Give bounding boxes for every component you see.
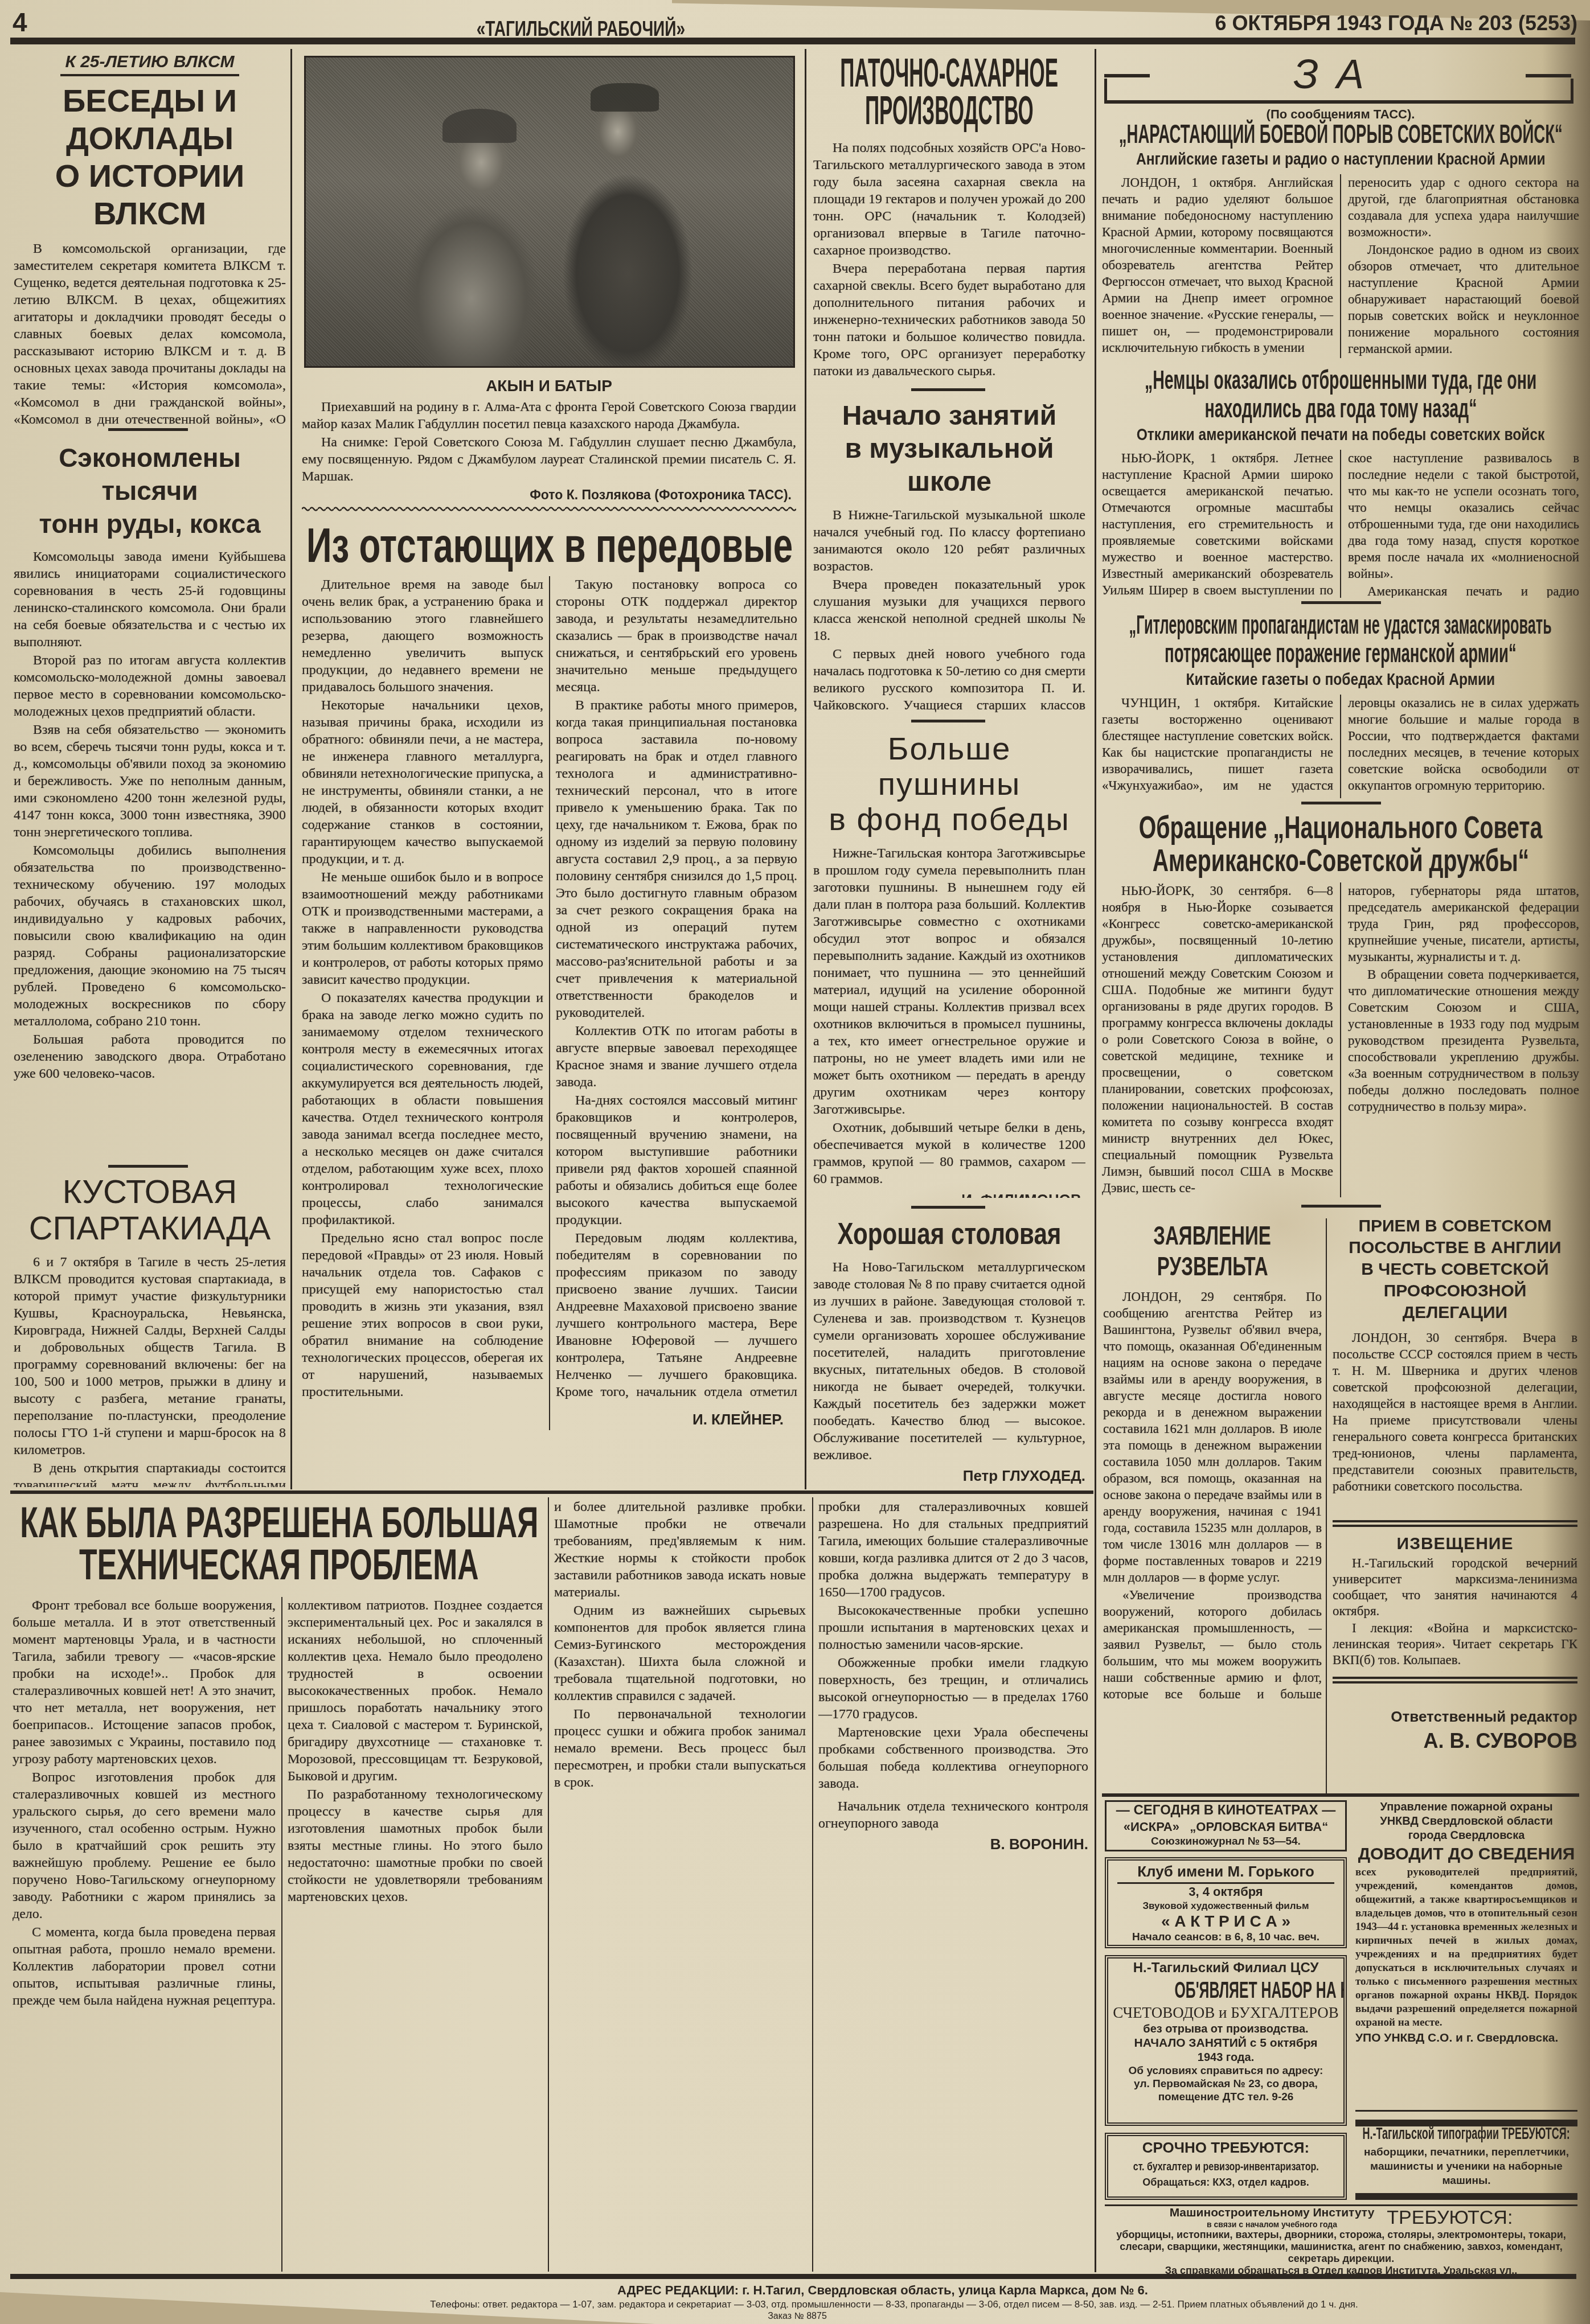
- headline-line-text: Обращение „Национального Совета: [1139, 811, 1543, 844]
- ad-positions: ст. бухгалтер и ревизор-инвентаризатор.: [1108, 2159, 1343, 2175]
- separator: [911, 1206, 985, 1209]
- paragraph: Передовым людям коллектива, победителям …: [556, 1230, 797, 1402]
- headline-line-text: ПРОИЗВОДСТВО: [865, 92, 1034, 129]
- headline: „НАРАСТАЮЩИЙ БОЕВОЙ ПОРЫВ СОВЕТСКИХ ВОЙС…: [1102, 120, 1579, 148]
- banner-rule-right: [1526, 74, 1571, 77]
- paragraph: С первых дней нового учебного года начал…: [813, 646, 1085, 716]
- headline-line: находились два года тому назад“: [1102, 394, 1579, 422]
- kicker-text: К 25-ЛЕТИЮ ВЛКСМ: [60, 52, 239, 76]
- headline: КУСТОВАЯ СПАРТАКИАДА: [14, 1174, 286, 1247]
- photo-figure-gabdullin: [591, 83, 659, 112]
- paragraph: Н.-Тагильский городской вечерний универс…: [1333, 1555, 1577, 1619]
- column-rule: [548, 1497, 549, 2272]
- headline-text: Хорошая столовая: [838, 1216, 1062, 1252]
- ad-contact: За справками обращаться в Отдел кадров И…: [1105, 2265, 1577, 2274]
- news-col: ЛОНДОН, 1 октября. Английская печать и р…: [1102, 174, 1341, 358]
- ad-heading: СРОЧНО ТРЕБУЮТСЯ:: [1108, 2136, 1343, 2159]
- double-rule: [1333, 1520, 1577, 1527]
- paragraph: По первоначальной технологии процесс суш…: [554, 1706, 806, 1791]
- paragraph: Фронт требовал все больше вооружения, бо…: [13, 1597, 276, 1768]
- headline-line: ПРОИЗВОДСТВО: [813, 92, 1085, 129]
- abroad-item-4: Обращение „Национального Совета Американ…: [1102, 811, 1579, 1202]
- paragraph: Одним из важнейших сырьевых компонентов …: [554, 1602, 806, 1705]
- paragraph: Мартеновские цехи Урала обеспечены пробк…: [818, 1724, 1088, 1792]
- headline-text: Из отстающих в передовые: [306, 517, 793, 574]
- paragraph: Охотник, добывший четыре белки в день, о…: [813, 1119, 1085, 1188]
- paragraph: «Увеличение производства вооружений, кот…: [1103, 1587, 1322, 1699]
- column-rule: [1326, 1218, 1327, 1793]
- theater-name: «ИСКРА»: [1124, 1820, 1179, 1834]
- ad-start: НАЧАЛО ЗАНЯТИЙ с 5 октября: [1108, 2036, 1343, 2051]
- ad-mode: без отрыва от производства.: [1108, 2022, 1343, 2036]
- kicker: К 25-ЛЕТИЮ ВЛКСМ: [14, 52, 286, 76]
- subhead: Китайские газеты о победах Красной Армии: [1102, 667, 1579, 692]
- ad-org: Управление пожарной охраны УНКВД Свердло…: [1355, 1800, 1577, 1843]
- section-rule: [10, 1491, 1093, 1494]
- headline-tech-problem: КАК БЫЛА РАЗРЕШЕНА БОЛЬШАЯ ТЕХНИЧЕСКАЯ П…: [11, 1502, 547, 1593]
- ad-csu-courses: Н.-Тагильский Филиал ЦСУ ОБ'ЯВЛЯЕТ НАБОР…: [1105, 1955, 1347, 2126]
- paragraph: пробки для сталеразливочных ковшей разре…: [818, 1498, 1088, 1601]
- ad-film-title: « А К Т Р И С А »: [1108, 1912, 1343, 1931]
- headline-line: ПРОФСОЮЗНОЙ ДЕЛЕГАЦИИ: [1333, 1280, 1577, 1324]
- ad-contact: Обращаться: КХЗ, отдел кадров.: [1108, 2175, 1343, 2190]
- ad-heading-text: ОБ'ЯВЛЯЕТ НАБОР НА КУРСЫ: [1175, 1978, 1347, 2003]
- article-body: В Нижне-Тагильской музыкальной школе нач…: [813, 507, 1085, 716]
- paragraph: На полях подсобных хозяйств ОРС'а Ново-Т…: [813, 139, 1085, 259]
- separator: [911, 720, 985, 722]
- paragraph: В комсомольской организации, где замести…: [14, 240, 286, 428]
- paragraph: НЬЮ-ЙОРК, 30 сентября. 6—8 ноября в Нью-…: [1102, 882, 1333, 1196]
- article-body: На полях подсобных хозяйств ОРС'а Ново-Т…: [813, 139, 1085, 380]
- paragraph: Комсомольцы добились выполнения обязател…: [14, 842, 286, 1030]
- headline-line: „НАРАСТАЮЩИЙ БОЕВОЙ ПОРЫВ СОВЕТСКИХ ВОЙС…: [1118, 120, 1562, 148]
- notice-body: Н.-Тагильский городской вечерний универс…: [1333, 1555, 1577, 1672]
- article-roosevelt: ЗАЯВЛЕНИЕ РУЗВЕЛЬТА ЛОНДОН, 29 сентября.…: [1103, 1216, 1322, 1699]
- paragraph: О показателях качества продукции и брака…: [302, 989, 543, 1229]
- paragraph: Длительное время на заводе был очень вел…: [302, 576, 543, 696]
- ad-dates: 3, 4 октября: [1108, 1884, 1343, 1900]
- headline-line-text: РУЗВЕЛЬТА: [1157, 1251, 1268, 1282]
- paragraph: На Ново-Тагильском металлургическом заво…: [813, 1259, 1085, 1464]
- headline-line: ПАТОЧНО-САХАРНОЕ: [813, 54, 1085, 92]
- ad-room: помещение ДТС тел. 9-26: [1108, 2091, 1343, 2104]
- paragraph: Обожженные пробки имели гладкую поверхно…: [818, 1654, 1088, 1723]
- notice-title: ИЗВЕЩЕНИЕ: [1333, 1533, 1577, 1555]
- footer-address: АДРЕС РЕДАКЦИИ: г. Н.Тагил, Свердловская…: [456, 2283, 1310, 2298]
- newsreel: Союзкиножурнал № 53—54.: [1107, 1835, 1345, 1849]
- paragraph: На-днях состоялся массовый митинг браков…: [556, 1092, 797, 1229]
- news-col: НЬЮ-ЙОРК, 1 октября. Летнее наступление …: [1102, 450, 1341, 598]
- ad-address-intro: Об условиях справиться по адресу:: [1108, 2064, 1343, 2077]
- headline-line: в музыкальной школе: [813, 433, 1085, 499]
- ad-film-type: Звуковой художественный фильм: [1108, 1900, 1343, 1912]
- paragraph: Американская печать и радио отмечают осо…: [1348, 583, 1579, 598]
- banner-rule-left: [1104, 74, 1150, 77]
- headline-line-text: ПАТОЧНО-САХАРНОЕ: [841, 54, 1059, 92]
- double-rule: [1333, 1677, 1577, 1684]
- headline: Начало занятий в музыкальной школе: [813, 400, 1085, 499]
- headline-line: ПОСОЛЬСТВЕ В АНГЛИИ: [1333, 1237, 1577, 1259]
- article-body: ЛОНДОН, 30 сентября. Вчера в посольстве …: [1333, 1329, 1577, 1494]
- ad-header-row: Машиностроительному Институту в связи с …: [1105, 2206, 1577, 2229]
- headline-line: „Немцы оказались отброшенными туда, где …: [1102, 366, 1579, 394]
- footer-order: Заказ № 8875: [655, 2311, 940, 2322]
- ad-cinema: — СЕГОДНЯ В КИНОТЕАТРАХ — «ИСКРА» „ОРЛОВ…: [1105, 1800, 1347, 1851]
- column-rule: [1095, 49, 1096, 2272]
- headline-line: ПРИЕМ В СОВЕТСКОМ: [1333, 1216, 1577, 1237]
- ad-positions-text: ст. бухгалтер и ревизор-инвентаризатор.: [1133, 2159, 1319, 2175]
- editor-label: Ответственный редактор: [1333, 1705, 1577, 1728]
- paragraph: леровцы оказались не в силах удержать мн…: [1348, 695, 1579, 794]
- paragraph: Комсомольцы завода имени Куйбышева явили…: [14, 548, 286, 651]
- paragraph: коллективом патриотов. Позднее создается…: [288, 1597, 543, 1785]
- subhead-text: Английские газеты и радио о наступлении …: [1136, 148, 1546, 171]
- headline-line: В ЧЕСТЬ СОВЕТСКОЙ: [1333, 1259, 1577, 1280]
- news-col: наторов, губернаторы ряда штатов, предсе…: [1341, 882, 1579, 1197]
- photo-credit: Фото К. Позлякова (Фотохроника ТАСС).: [473, 487, 792, 503]
- paragraph: Вопрос изготовления пробок для сталеразл…: [13, 1769, 276, 1923]
- tech-col-3: и более длительной разливке пробки. Шамо…: [554, 1498, 806, 2272]
- headline: Обращение „Национального Совета Американ…: [1102, 811, 1579, 877]
- section-banner-abroad: ЗА РУБЕЖОМ: [1102, 51, 1579, 105]
- editor-credit: Ответственный редактор А. В. СУВОРОВ: [1333, 1705, 1577, 1785]
- paragraph: 6 и 7 октября в Тагиле в честь 25-летия …: [14, 1254, 286, 1459]
- ad-heading: — СЕГОДНЯ В КИНОТЕАТРАХ —: [1107, 1802, 1345, 1819]
- byline: В. ВОРОНИН.: [818, 1836, 1088, 1853]
- photo-caption: АКЫН И БАТЫР Приехавший на родину в г. А…: [302, 376, 796, 487]
- subhead-text: Китайские газеты о победах Красной Армии: [1186, 667, 1495, 692]
- separator: [108, 428, 188, 431]
- article-body: ЛОНДОН, 29 сентября. По сообщению агентс…: [1103, 1288, 1322, 1699]
- ad-machine-institute: Машиностроительному Институту в связи с …: [1105, 2204, 1577, 2274]
- ad-line: «ИСКРА» „ОРЛОВСКАЯ БИТВА“: [1107, 1819, 1345, 1835]
- paragraph: Не меньше ошибок было и в вопросе взаимо…: [302, 869, 543, 988]
- headline-line: ЗАЯВЛЕНИЕ: [1103, 1220, 1322, 1251]
- headline-line: БЕСЕДЫ И ДОКЛАДЫ: [14, 82, 286, 157]
- ad-courses: СЧЕТОВОДОВ и БУХГАЛТЕРОВ: [1108, 2003, 1343, 2022]
- column-rule: [290, 49, 292, 1489]
- news-col: леровцы оказались не в силах удержать мн…: [1341, 695, 1579, 798]
- headline-line: потрясающее поражение германской армии“: [1102, 639, 1579, 667]
- paragraph: ЧУНЦИН, 1 октября. Китайские газеты вост…: [1102, 695, 1333, 798]
- headline-line: тонн руды, кокса: [14, 507, 286, 540]
- headline: „Немцы оказались отброшенными туда, где …: [1102, 366, 1579, 422]
- ad-org-line: города Свердловска: [1355, 1829, 1577, 1843]
- subhead: Английские газеты и радио о наступлении …: [1102, 148, 1579, 171]
- headline: ЗАЯВЛЕНИЕ РУЗВЕЛЬТА: [1103, 1220, 1322, 1282]
- ad-signature: УПО УНКВД С.О. и г. Свердловска.: [1355, 2030, 1577, 2047]
- abroad-item-3: „Гитлеровским пропагандистам не удастся …: [1102, 610, 1579, 798]
- news-col: НЬЮ-ЙОРК, 30 сентября. 6—8 ноября в Нью-…: [1102, 882, 1341, 1197]
- paragraph: По разработанному технологическому проце…: [288, 1786, 543, 1906]
- headline-line: в фонд победы: [813, 802, 1085, 837]
- headline-line: РУЗВЕЛЬТА: [1103, 1251, 1322, 1282]
- paragraph: и более длительной разливке пробки. Шамо…: [554, 1498, 806, 1601]
- headline-line-text: „Гитлеровским пропагандистам не удастся …: [1129, 610, 1552, 639]
- ad-text: всех руководителей предприятий, учрежден…: [1355, 1866, 1577, 2030]
- headline-line: Начало занятий: [813, 400, 1085, 433]
- article-body: В комсомольской организации, где замести…: [14, 240, 286, 428]
- article-body: Комсомольцы завода имени Куйбышева явили…: [14, 548, 286, 1082]
- paragraph: Предельно ясно стал вопрос после передов…: [302, 1230, 543, 1401]
- article-molasses: ПАТОЧНО-САХАРНОЕ ПРОИЗВОДСТВО На полях п…: [813, 54, 1085, 381]
- paragraph: наторов, губернаторы ряда штатов, предсе…: [1348, 882, 1579, 965]
- ad-sessions: Начало сеансов: в 6, 8, 10 час. веч.: [1108, 1931, 1343, 1944]
- ad-heading: ДОВОДИТ ДО СВЕДЕНИЯ: [1355, 1843, 1577, 1866]
- ad-start-year: 1943 года.: [1108, 2051, 1343, 2064]
- column-rule: [281, 1597, 282, 2272]
- headline-line-text: находились два года тому назад“: [1204, 394, 1477, 422]
- paragraph: Вчера переработана первая партия сахарно…: [813, 260, 1085, 380]
- paragraph: НЬЮ-ЙОРК, 1 октября. Летнее наступление …: [1102, 450, 1333, 598]
- column-rule: [549, 576, 550, 1430]
- article-body: Нижне-Тагильская контора Заготживсырье в…: [813, 845, 1085, 1188]
- column-rule: [812, 1497, 813, 2272]
- column-body: пробки для сталеразливочных ковшей разре…: [818, 1498, 1088, 1792]
- ad-address: ул. Первомайская № 23, со двора,: [1108, 2077, 1343, 2091]
- notice-university: ИЗВЕЩЕНИЕ Н.-Тагильский городской вечерн…: [1333, 1533, 1577, 1672]
- footer-rule: [10, 2274, 1576, 2279]
- headline-line: КАК БЫЛА РАЗРЕШЕНА БОЛЬШАЯ: [11, 1502, 547, 1544]
- ad-heading: ТРЕБУЮТСЯ:: [1387, 2206, 1513, 2229]
- paragraph: С момента, когда была проведена первая о…: [13, 1924, 276, 2009]
- paragraph: Второй раз по итогам августа коллектив к…: [14, 652, 286, 720]
- headline: Сэкономлены тысячи тонн руды, кокса: [14, 441, 286, 540]
- separator: [1301, 802, 1381, 804]
- headline: ПРИЕМ В СОВЕТСКОМ ПОСОЛЬСТВЕ В АНГЛИИ В …: [1333, 1216, 1577, 1324]
- paragraph: Взяв на себя обязательство — экономить в…: [14, 721, 286, 841]
- laggards-col-2: Такую постановку вопроса со стороны ОТК …: [556, 576, 797, 1402]
- separator: [1301, 601, 1381, 604]
- caption-title: АКЫН И БАТЫР: [302, 376, 796, 396]
- ad-heading: ОБ'ЯВЛЯЕТ НАБОР НА КУРСЫ: [1108, 1978, 1343, 2003]
- paragraph: В Нижне-Тагильской музыкальной школе нач…: [813, 507, 1085, 575]
- ad-fire-department: Управление пожарной охраны УНКВД Свердло…: [1355, 1800, 1577, 2108]
- article-savings: Сэкономлены тысячи тонн руды, кокса Комс…: [14, 441, 286, 1161]
- headline-laggards: Из отстающих в передовые: [301, 517, 799, 574]
- ad-org-wrap: Машиностроительному Институту в связи с …: [1170, 2206, 1375, 2229]
- headline: ПАТОЧНО-САХАРНОЕ ПРОИЗВОДСТВО: [813, 54, 1085, 129]
- abroad-item-1: „НАРАСТАЮЩИЙ БОЕВОЙ ПОРЫВ СОВЕТСКИХ ВОЙС…: [1102, 120, 1579, 364]
- paragraph: Такую постановку вопроса со стороны ОТК …: [556, 576, 797, 696]
- article-body: На Ново-Тагильском металлургическом заво…: [813, 1259, 1085, 1464]
- byline: И. ФИЛИМОНОВ.: [813, 1191, 1085, 1198]
- two-column-body: ЧУНЦИН, 1 октября. Китайские газеты вост…: [1102, 695, 1579, 798]
- paragraph: Вчера проведен показательный урок слушан…: [813, 576, 1085, 644]
- paragraph: Большая работа проводится по озеленению …: [14, 1031, 286, 1082]
- ad-positions: наборщики, печатники, переплетчики, маши…: [1355, 2145, 1577, 2188]
- headline-line-text: ЗАЯВЛЕНИЕ: [1154, 1220, 1272, 1251]
- paragraph: Коллектив ОТК по итогам работы в августе…: [556, 1023, 797, 1091]
- headline-line: „Гитлеровским пропагандистам не удастся …: [1102, 610, 1579, 639]
- headline: „Гитлеровским пропагандистам не удастся …: [1102, 610, 1579, 667]
- paragraph: Высококачественные пробки успешно прошли…: [818, 1602, 1088, 1653]
- paragraph: В обращении совета подчеркивается, что д…: [1348, 966, 1579, 1115]
- headline-line-text: ТЕХНИЧЕСКАЯ ПРОБЛЕМА: [79, 1544, 479, 1586]
- paragraph: ское наступление развивалось в последние…: [1348, 450, 1579, 582]
- ad-org-line: Управление пожарной охраны: [1355, 1800, 1577, 1814]
- paragraph: Нижне-Тагильская контора Заготживсырье в…: [813, 845, 1085, 1118]
- headline-line: КУСТОВАЯ: [14, 1174, 286, 1210]
- column-rule: [805, 49, 806, 1489]
- headline-line: Обращение „Национального Совета: [1102, 811, 1579, 844]
- two-column-body: ЛОНДОН, 1 октября. Английская печать и р…: [1102, 174, 1579, 358]
- paragraph: ЛОНДОН, 1 октября. Английская печать и р…: [1102, 174, 1333, 356]
- ad-positions: уборщицы, истопники, вахтеры, дворники, …: [1105, 2229, 1577, 2265]
- two-column-body: НЬЮ-ЙОРК, 30 сентября. 6—8 ноября в Нью-…: [1102, 882, 1579, 1197]
- ad-org: Машиностроительному Институту: [1170, 2206, 1375, 2220]
- byline: Петр ГЛУХОДЕД.: [813, 1467, 1085, 1485]
- article-reception: ПРИЕМ В СОВЕТСКОМ ПОСОЛЬСТВЕ В АНГЛИИ В …: [1333, 1216, 1577, 1516]
- masthead-rule: [10, 38, 1575, 44]
- separator: [1102, 1793, 1579, 1797]
- film-title: „ОРЛОВСКАЯ БИТВА“: [1190, 1820, 1328, 1834]
- headline-line: Американско-Советской дружбы“: [1102, 844, 1579, 877]
- headline-line: О ИСТОРИИ ВЛКСМ: [14, 157, 286, 232]
- abroad-item-2: „Немцы оказались отброшенными туда, где …: [1102, 366, 1579, 598]
- ad-org-line: УНКВД Свердловской области: [1355, 1814, 1577, 1829]
- ad-printing-house: Н.-Тагильской типографии ТРЕБУЮТСЯ: набо…: [1355, 2122, 1577, 2191]
- headline-line-text: потрясающее поражение германской армии“: [1165, 639, 1517, 667]
- ad-org: Н.-Тагильский Филиал ЦСУ: [1108, 1958, 1343, 1978]
- subhead: Отклики американской печати на победы со…: [1102, 422, 1579, 447]
- paragraph: Некоторые начальники цехов, называя прич…: [302, 697, 543, 868]
- separator: [1355, 2193, 1577, 2200]
- tech-col-1: Фронт требовал все больше вооружения, бо…: [13, 1597, 276, 2272]
- paragraph: Начало занятий ровно в 8 ч. вечера. Вход…: [1333, 1669, 1577, 1672]
- ad-heading: Н.-Тагильской типографии ТРЕБУЮТСЯ:: [1355, 2122, 1577, 2145]
- separator: [1301, 1205, 1381, 1208]
- byline: И. КЛЕЙНЕР.: [556, 1411, 784, 1428]
- tech-col-2: коллективом патриотов. Позднее создается…: [288, 1597, 543, 2272]
- page-number: 4: [13, 7, 27, 38]
- headline-line: Больше пушнины: [813, 731, 1085, 802]
- paragraph: В день открытия спартакиады состоится то…: [14, 1460, 286, 1487]
- article-fur: Больше пушнины в фонд победы Нижне-Тагил…: [813, 731, 1085, 1198]
- headline: БЕСЕДЫ И ДОКЛАДЫ О ИСТОРИИ ВЛКСМ: [14, 82, 286, 232]
- editor-name: А. В. СУВОРОВ: [1333, 1728, 1577, 1754]
- subhead-text: Отклики американской печати на победы со…: [1137, 422, 1545, 447]
- paragraph: ЛОНДОН, 29 сентября. По сообщению агентс…: [1103, 1288, 1322, 1586]
- two-column-body: НЬЮ-ЙОРК, 1 октября. Летнее наступление …: [1102, 450, 1579, 598]
- caption-paragraph: На снимке: Герой Советского Союза М. Габ…: [302, 434, 796, 485]
- news-col: переносить удар с одного сектора на друг…: [1341, 174, 1579, 358]
- news-col: ЧУНЦИН, 1 октября. Китайские газеты вост…: [1102, 695, 1341, 798]
- headline: Больше пушнины в фонд победы: [813, 731, 1085, 837]
- headline-line-text: КАК БЫЛА РАЗРЕШЕНА БОЛЬШАЯ: [20, 1502, 538, 1544]
- ad-heading-text: Н.-Тагильской типографии ТРЕБУЮТСЯ:: [1363, 2122, 1570, 2145]
- article-spartakiad: КУСТОВАЯ СПАРТАКИАДА 6 и 7 октября в Таг…: [14, 1174, 286, 1487]
- ad-note: в связи с началом учебного года: [1170, 2220, 1375, 2229]
- ad-heading: Клуб имени М. Горького: [1117, 1861, 1334, 1884]
- article-vlksm-talks: К 25-ЛЕТИЮ ВЛКСМ БЕСЕДЫ И ДОКЛАДЫ О ИСТО…: [14, 52, 286, 428]
- byline-title: Начальник отдела технического контроля о…: [818, 1798, 1088, 1832]
- caption-paragraph: Приехавший на родину в г. Алма-Ата с фро…: [302, 399, 796, 433]
- paragraph: ЛОНДОН, 30 сентября. Вчера в посольстве …: [1333, 1329, 1577, 1494]
- wavy-divider: [302, 506, 796, 512]
- ad-urgent-wanted: СРОЧНО ТРЕБУЮТСЯ: ст. бухгалтер и ревизо…: [1105, 2133, 1347, 2200]
- banner-frame: [1104, 79, 1573, 104]
- headline-line-text: Американско-Советской дружбы“: [1152, 844, 1528, 877]
- paragraph: I лекция: «Война и марксистско-ленинская…: [1333, 1620, 1577, 1668]
- issue-date: 6 ОКТЯБРЯ 1943 ГОДА № 203 (5253): [1213, 11, 1577, 35]
- headline-line: Сэкономлены тысячи: [14, 441, 286, 507]
- headline-line: СПАРТАКИАДА: [14, 1210, 286, 1247]
- footer-phones: Телефоны: ответ. редактора — 1-07, зам. …: [216, 2299, 1572, 2310]
- article-canteen: Хорошая столовая На Ново-Тагильском мета…: [813, 1216, 1085, 1488]
- headline: Хорошая столовая: [813, 1216, 1085, 1252]
- article-body: 6 и 7 октября в Тагиле в честь 25-летия …: [14, 1254, 286, 1487]
- headline-line: ТЕХНИЧЕСКАЯ ПРОБЛЕМА: [11, 1544, 547, 1586]
- ad-club-gorky: Клуб имени М. Горького 3, 4 октября Звук…: [1105, 1857, 1347, 1948]
- news-col: ское наступление развивалось в последние…: [1341, 450, 1579, 598]
- separator: [108, 1165, 188, 1168]
- article-music-school: Начало занятий в музыкальной школе В Ниж…: [813, 400, 1085, 716]
- caption-body: Приехавший на родину в г. Алма-Ата с фро…: [302, 399, 796, 485]
- laggards-col-1: Длительное время на заводе был очень вел…: [302, 576, 543, 1433]
- photo-akyn-batyr: [304, 56, 795, 368]
- photo-figure-dzhambul: [442, 109, 517, 143]
- paragraph: Лондонское радио в одном из своих обзоро…: [1348, 241, 1579, 357]
- separator: [911, 388, 985, 391]
- paragraph: В практике работы много примеров, когда …: [556, 697, 797, 1021]
- paragraph: переносить удар с одного сектора на друг…: [1348, 174, 1579, 240]
- headline-line-text: „Немцы оказались отброшенными туда, где …: [1145, 366, 1536, 394]
- tech-col-4: пробки для сталеразливочных ковшей разре…: [818, 1498, 1088, 2272]
